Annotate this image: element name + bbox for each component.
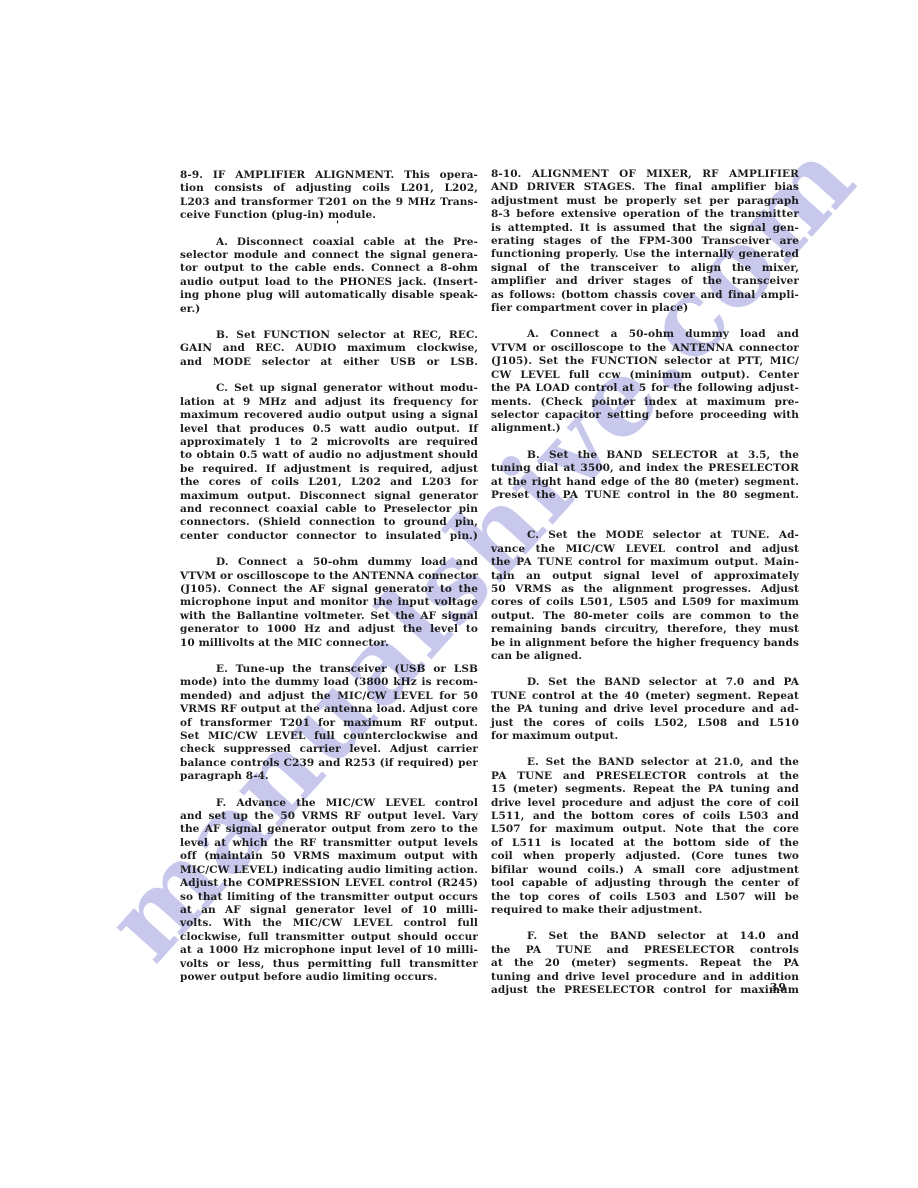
- text-line: required to make their adjustment.: [491, 904, 799, 917]
- text-line: with the Ballantine voltmeter. Set the A…: [180, 610, 478, 623]
- text-line: be in alignment before the higher freque…: [491, 637, 799, 650]
- paragraph-step-d: D. Connect a 50-ohm dummy load andVTVM o…: [180, 556, 478, 650]
- text-line: selector capacitor setting before procee…: [491, 409, 799, 422]
- text-line: as follows: (bottom chassis cover and fi…: [491, 289, 799, 302]
- text-line: E. Tune-up the transceiver (USB or LSB: [180, 663, 478, 676]
- text-line: adjustment must be properly set per para…: [491, 195, 799, 208]
- text-line: tuning dial at 3500, and index the PRESE…: [491, 462, 799, 475]
- text-line: at the right hand edge of the 80 (meter)…: [491, 476, 799, 489]
- text-line: audio output load to the PHONES jack. (I…: [180, 276, 478, 289]
- text-line: and set up the 50 VRMS RF output level. …: [180, 810, 478, 823]
- text-line: F. Advance the MIC/CW LEVEL control: [180, 797, 478, 810]
- text-line: off (maintain 50 VRMS maximum output wit…: [180, 850, 478, 863]
- text-line: of L511 is located at the bottom side of…: [491, 837, 799, 850]
- text-line: AND DRIVER STAGES. The final amplifier b…: [491, 181, 799, 194]
- text-line: erating stages of the FPM-300 Transceive…: [491, 235, 799, 248]
- text-line: microphone input and monitor the input v…: [180, 596, 478, 609]
- page-number: 39: [491, 981, 787, 994]
- text-line: Set MIC/CW LEVEL full counterclockwise a…: [180, 730, 478, 743]
- text-line: 8-10. ALIGNMENT OF MIXER, RF AMPLIFIER: [491, 168, 799, 181]
- text-line: L511, and the bottom cores of coils L503…: [491, 810, 799, 823]
- paragraph-step-e: E. Set the BAND selector at 21.0, and th…: [491, 756, 799, 917]
- text-line: (J105). Set the FUNCTION selector at PTT…: [491, 355, 799, 368]
- text-line: functioning properly. Use the internally…: [491, 248, 799, 261]
- text-line: of transformer T201 for maximum RF outpu…: [180, 717, 478, 730]
- text-line: signal of the transceiver to align the m…: [491, 262, 799, 275]
- text-line: PA TUNE and PRESELECTOR controls at the: [491, 770, 799, 783]
- text-line: 10 millivolts at the MIC connector.: [180, 637, 478, 650]
- text-line: approximately 1 to 2 microvolts are requ…: [180, 436, 478, 449]
- text-line: balance controls C239 and R253 (if requi…: [180, 757, 478, 770]
- paragraph-step-c: C. Set the MODE selector at TUNE. Ad-van…: [491, 529, 799, 663]
- text-line: (J105). Connect the AF signal generator …: [180, 583, 478, 596]
- text-line: C. Set the MODE selector at TUNE. Ad-: [491, 529, 799, 542]
- paragraph-step-e: E. Tune-up the transceiver (USB or LSBmo…: [180, 663, 478, 784]
- text-line: level that produces 0.5 watt audio outpu…: [180, 423, 478, 436]
- text-line: VTVM or oscilloscope to the ANTENNA conn…: [491, 342, 799, 355]
- text-line: F. Set the BAND selector at 14.0 and: [491, 930, 799, 943]
- text-line: VRMS RF output at the antenna load. Adju…: [180, 703, 478, 716]
- paragraph-step-a: A. Connect a 50-ohm dummy load andVTVM o…: [491, 328, 799, 435]
- text-line: just the cores of coils L502, L508 and L…: [491, 717, 799, 730]
- text-line: amplifier and driver stages of the trans…: [491, 275, 799, 288]
- text-line: tion consists of adjusting coils L201, L…: [180, 182, 478, 195]
- text-line: VTVM or oscilloscope to the ANTENNA conn…: [180, 570, 478, 583]
- text-line: can be aligned.: [491, 650, 799, 663]
- text-line: er.): [180, 303, 478, 316]
- text-line: 8-3 before extensive operation of the tr…: [491, 208, 799, 221]
- text-line: tool capable of adjusting through the ce…: [491, 877, 799, 890]
- text-line: for maximum output.: [491, 730, 799, 743]
- text-line: check suppressed carrier level. Adjust c…: [180, 743, 478, 756]
- text-line: the cores of coils L201, L202 and L203 f…: [180, 476, 478, 489]
- text-line: the PA LOAD control at 5 for the followi…: [491, 382, 799, 395]
- paragraph-step-a: A. Disconnect coaxial cable at the Pre-s…: [180, 236, 478, 316]
- text-line: mended) and adjust the MIC/CW LEVEL for …: [180, 690, 478, 703]
- text-line: CW LEVEL full ccw (minimum output). Cent…: [491, 369, 799, 382]
- text-line: generator to 1000 Hz and adjust the leve…: [180, 623, 478, 636]
- text-line: alignment.): [491, 422, 799, 435]
- text-line: 50 VRMS as the alignment progresses. Adj…: [491, 583, 799, 596]
- text-line: cores of coils L501, L505 and L509 for m…: [491, 596, 799, 609]
- text-line: so that limiting of the transmitter outp…: [180, 891, 478, 904]
- text-line: C. Set up signal generator without modu-: [180, 382, 478, 395]
- text-line: volts or less, thus permitting full tran…: [180, 958, 478, 971]
- text-line: level at which the RF transmitter output…: [180, 837, 478, 850]
- text-line: B. Set FUNCTION selector at REC, REC.: [180, 329, 478, 342]
- text-line: Preset the PA TUNE control in the 80 seg…: [491, 489, 799, 502]
- text-line: ments. (Check pointer index at maximum p…: [491, 396, 799, 409]
- text-line: output. The 80-meter coils are common to…: [491, 610, 799, 623]
- text-line: remaining bands circuitry, therefore, th…: [491, 623, 799, 636]
- text-line: mode) into the dummy load (3800 kHz is r…: [180, 676, 478, 689]
- text-line: A. Disconnect coaxial cable at the Pre-: [180, 236, 478, 249]
- paragraph-step-c: C. Set up signal generator without modu-…: [180, 382, 478, 543]
- text-line: is attempted. It is assumed that the sig…: [491, 222, 799, 235]
- paragraph-step-b: B. Set the BAND SELECTOR at 3.5, thetuni…: [491, 449, 799, 503]
- text-line: and MODE selector at either USB or LSB.: [180, 356, 478, 369]
- text-line: drive level procedure and adjust the cor…: [491, 797, 799, 810]
- text-line: MIC/CW LEVEL) indicating audio limiting …: [180, 864, 478, 877]
- text-line: at the 20 (meter) segments. Repeat the P…: [491, 957, 799, 970]
- text-line: clockwise, full transmitter output shoul…: [180, 931, 478, 944]
- paragraph-step-d: D. Set the BAND selector at 7.0 and PATU…: [491, 676, 799, 743]
- text-line: fier compartment cover in place): [491, 302, 799, 315]
- text-line: at a 1000 Hz microphone input level of 1…: [180, 944, 478, 957]
- paragraph-section-8-10: 8-10. ALIGNMENT OF MIXER, RF AMPLIFIERAN…: [491, 168, 799, 315]
- text-line: and reconnect coaxial cable to Preselect…: [180, 503, 478, 516]
- text-line: 15 (meter) segments. Repeat the PA tunin…: [491, 783, 799, 796]
- paragraph-step-b: B. Set FUNCTION selector at REC, REC.GAI…: [180, 329, 478, 369]
- text-line: tor output to the cable ends. Connect a …: [180, 262, 478, 275]
- text-line: selector module and connect the signal g…: [180, 249, 478, 262]
- text-line: D. Set the BAND selector at 7.0 and PA: [491, 676, 799, 689]
- text-line: maximum output. Disconnect signal genera…: [180, 490, 478, 503]
- text-line: bifilar wound coils.) A small core adjus…: [491, 864, 799, 877]
- text-line: Adjust the COMPRESSION LEVEL control (R2…: [180, 877, 478, 890]
- text-line: B. Set the BAND SELECTOR at 3.5, the: [491, 449, 799, 462]
- left-text-column: 8-9. IF AMPLIFIER ALIGNMENT. This opera-…: [180, 169, 478, 984]
- text-line: lation at 9 MHz and adjust its frequency…: [180, 396, 478, 409]
- text-line: L203 and transformer T201 on the 9 MHz T…: [180, 196, 478, 209]
- text-line: GAIN and REC. AUDIO maximum clockwise,: [180, 342, 478, 355]
- text-line: the top cores of coils L503 and L507 wil…: [491, 891, 799, 904]
- text-line: the PA TUNE and PRESELECTOR controls: [491, 944, 799, 957]
- text-line: the PA tuning and drive level procedure …: [491, 703, 799, 716]
- text-line: to obtain 0.5 watt of audio no adjustmen…: [180, 449, 478, 462]
- text-line: the AF signal generator output from zero…: [180, 823, 478, 836]
- text-line: tain an output signal level of approxima…: [491, 570, 799, 583]
- paragraph-step-f: F. Advance the MIC/CW LEVEL controland s…: [180, 797, 478, 985]
- text-line: ceive Function (plug-in) module.: [180, 209, 478, 222]
- text-line: power output before audio limiting occur…: [180, 971, 478, 984]
- text-line: TUNE control at the 40 (meter) segment. …: [491, 690, 799, 703]
- text-line: volts. With the MIC/CW LEVEL control ful…: [180, 917, 478, 930]
- text-line: paragraph 8-4.: [180, 770, 478, 783]
- text-line: L507 for maximum output. Note that the c…: [491, 823, 799, 836]
- text-line: maximum recovered audio output using a s…: [180, 409, 478, 422]
- scanned-manual-page: manualshive.com ' 8-9. IF AMPLIFIER ALIG…: [0, 0, 918, 1188]
- text-line: E. Set the BAND selector at 21.0, and th…: [491, 756, 799, 769]
- paragraph-section-8-9: 8-9. IF AMPLIFIER ALIGNMENT. This opera-…: [180, 169, 478, 223]
- text-line: coil when properly adjusted. (Core tunes…: [491, 850, 799, 863]
- text-line: at an AF signal generator level of 10 mi…: [180, 904, 478, 917]
- text-line: center conductor connector to insulated …: [180, 530, 478, 543]
- text-line: be required. If adjustment is required, …: [180, 463, 478, 476]
- text-line: connectors. (Shield connection to ground…: [180, 516, 478, 529]
- text-line: A. Connect a 50-ohm dummy load and: [491, 328, 799, 341]
- text-line: the PA TUNE control for maximum output. …: [491, 556, 799, 569]
- text-line: 8-9. IF AMPLIFIER ALIGNMENT. This opera-: [180, 169, 478, 182]
- text-line: vance the MIC/CW LEVEL control and adjus…: [491, 543, 799, 556]
- text-line: ing phone plug will automatically disabl…: [180, 289, 478, 302]
- text-line: D. Connect a 50-ohm dummy load and: [180, 556, 478, 569]
- right-text-column: 8-10. ALIGNMENT OF MIXER, RF AMPLIFIERAN…: [491, 168, 799, 997]
